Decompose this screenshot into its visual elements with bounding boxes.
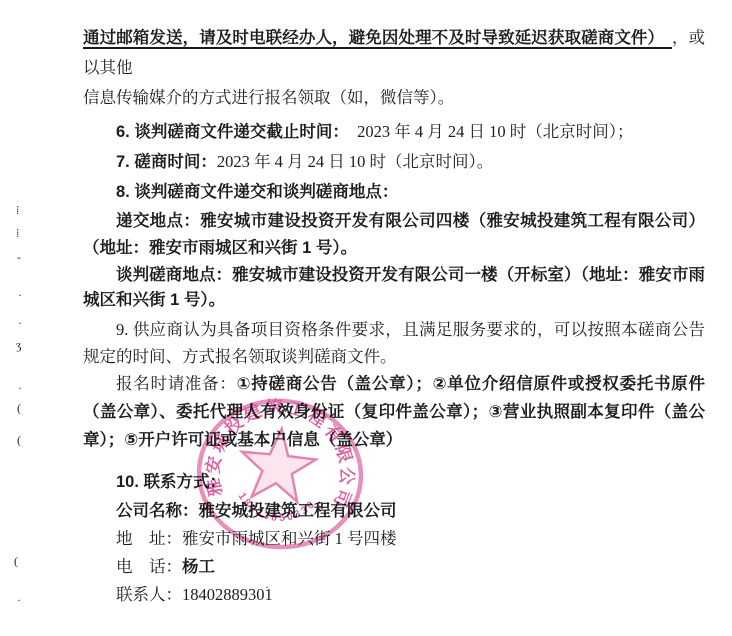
scanned-document-page: 通过邮箱发送，请及时电联经办人，避免因处理不及时导致延迟获取磋商文件），或以其他…	[0, 0, 732, 636]
signup-requirements-paragraph: 报名时请准备：①持磋商公告（盖公章）；②单位介绍信原件或授权委托书原件（盖公章）…	[83, 370, 705, 454]
scan-artifact: ·	[18, 383, 22, 393]
company-name-value: 雅安城投建筑工程有限公司	[199, 502, 397, 520]
scan-artifact: ·	[18, 290, 22, 300]
submit-location-paragraph: 递交地点：雅安城市建设投资开发有限公司四楼（雅安城投建筑工程有限公司）（地址：雅…	[83, 208, 705, 262]
scan-artifact: ‐	[17, 252, 21, 262]
item-6-value: 2023 年 4 月 24 日 10 时（北京时间）；	[349, 122, 634, 141]
contact-person-value: 18402889301	[182, 585, 273, 604]
scan-artifact: ·	[18, 318, 22, 328]
negotiation-location-paragraph: 谈判磋商地点：雅安城市建设投资开发有限公司一楼（开标室）（地址：雅安市雨城区和兴…	[83, 263, 705, 313]
address-label: 地 址：	[116, 529, 182, 548]
scan-artifact: ·	[265, 582, 269, 592]
signup-label: 报名时请准备：	[116, 374, 237, 393]
contact-person-line: 联系人：18402889301	[83, 581, 705, 609]
item-9-supplier-paragraph: 9. 供应商认为具备项目资格条件要求，且满足服务要求的，可以按照本磋商公告规定的…	[83, 316, 705, 370]
scan-artifact: ⁞	[16, 205, 19, 215]
item-7-label: 7. 磋商时间：	[116, 153, 217, 171]
company-name-label: 公司名称：	[116, 502, 199, 520]
scan-artifact: ʒ	[16, 340, 21, 350]
contact-person-label: 联系人：	[116, 585, 182, 604]
item-6-label: 6. 谈判磋商文件递交截止时间：	[116, 123, 349, 141]
item-6-deadline: 6. 谈判磋商文件递交截止时间： 2023 年 4 月 24 日 10 时（北京…	[83, 117, 705, 147]
address-value: 雅安市雨城区和兴街 1 号四楼	[182, 529, 397, 548]
paragraph-email-notice: 通过邮箱发送，请及时电联经办人，避免因处理不及时导致延迟获取磋商文件），或以其他…	[83, 23, 705, 113]
phone-label: 电 话：	[116, 557, 182, 576]
underlined-email-notice: 通过邮箱发送，请及时电联经办人，避免因处理不及时导致延迟获取磋商文件）	[83, 29, 672, 49]
document-body: 通过邮箱发送，请及时电联经办人，避免因处理不及时导致延迟获取磋商文件），或以其他…	[83, 23, 705, 609]
item-8-locations-heading: 8. 谈判磋商文件递交和谈判磋商地点：	[83, 177, 705, 207]
address-line: 地 址：雅安市雨城区和兴街 1 号四楼	[83, 525, 705, 553]
email-notice-line2: 信息传输媒介的方式进行报名领取（如，微信等）。	[83, 88, 454, 107]
scan-artifact: ·	[17, 595, 21, 605]
item-7-value: 2023 年 4 月 24 日 10 时（北京时间）。	[217, 152, 493, 171]
scan-artifact: (	[17, 403, 21, 413]
scan-artifact: (	[14, 556, 18, 566]
company-name-line: 公司名称：雅安城投建筑工程有限公司	[83, 497, 705, 525]
item-7-negotiation-time: 7. 磋商时间：2023 年 4 月 24 日 10 时（北京时间）。	[83, 147, 705, 177]
scan-artifact: (	[17, 435, 21, 445]
phone-line: 电 话：杨工	[83, 553, 705, 581]
phone-value: 杨工	[182, 558, 215, 576]
scan-artifact: ⁞	[16, 228, 19, 238]
item-10-contact-heading: 10. 联系方式：	[83, 467, 705, 497]
